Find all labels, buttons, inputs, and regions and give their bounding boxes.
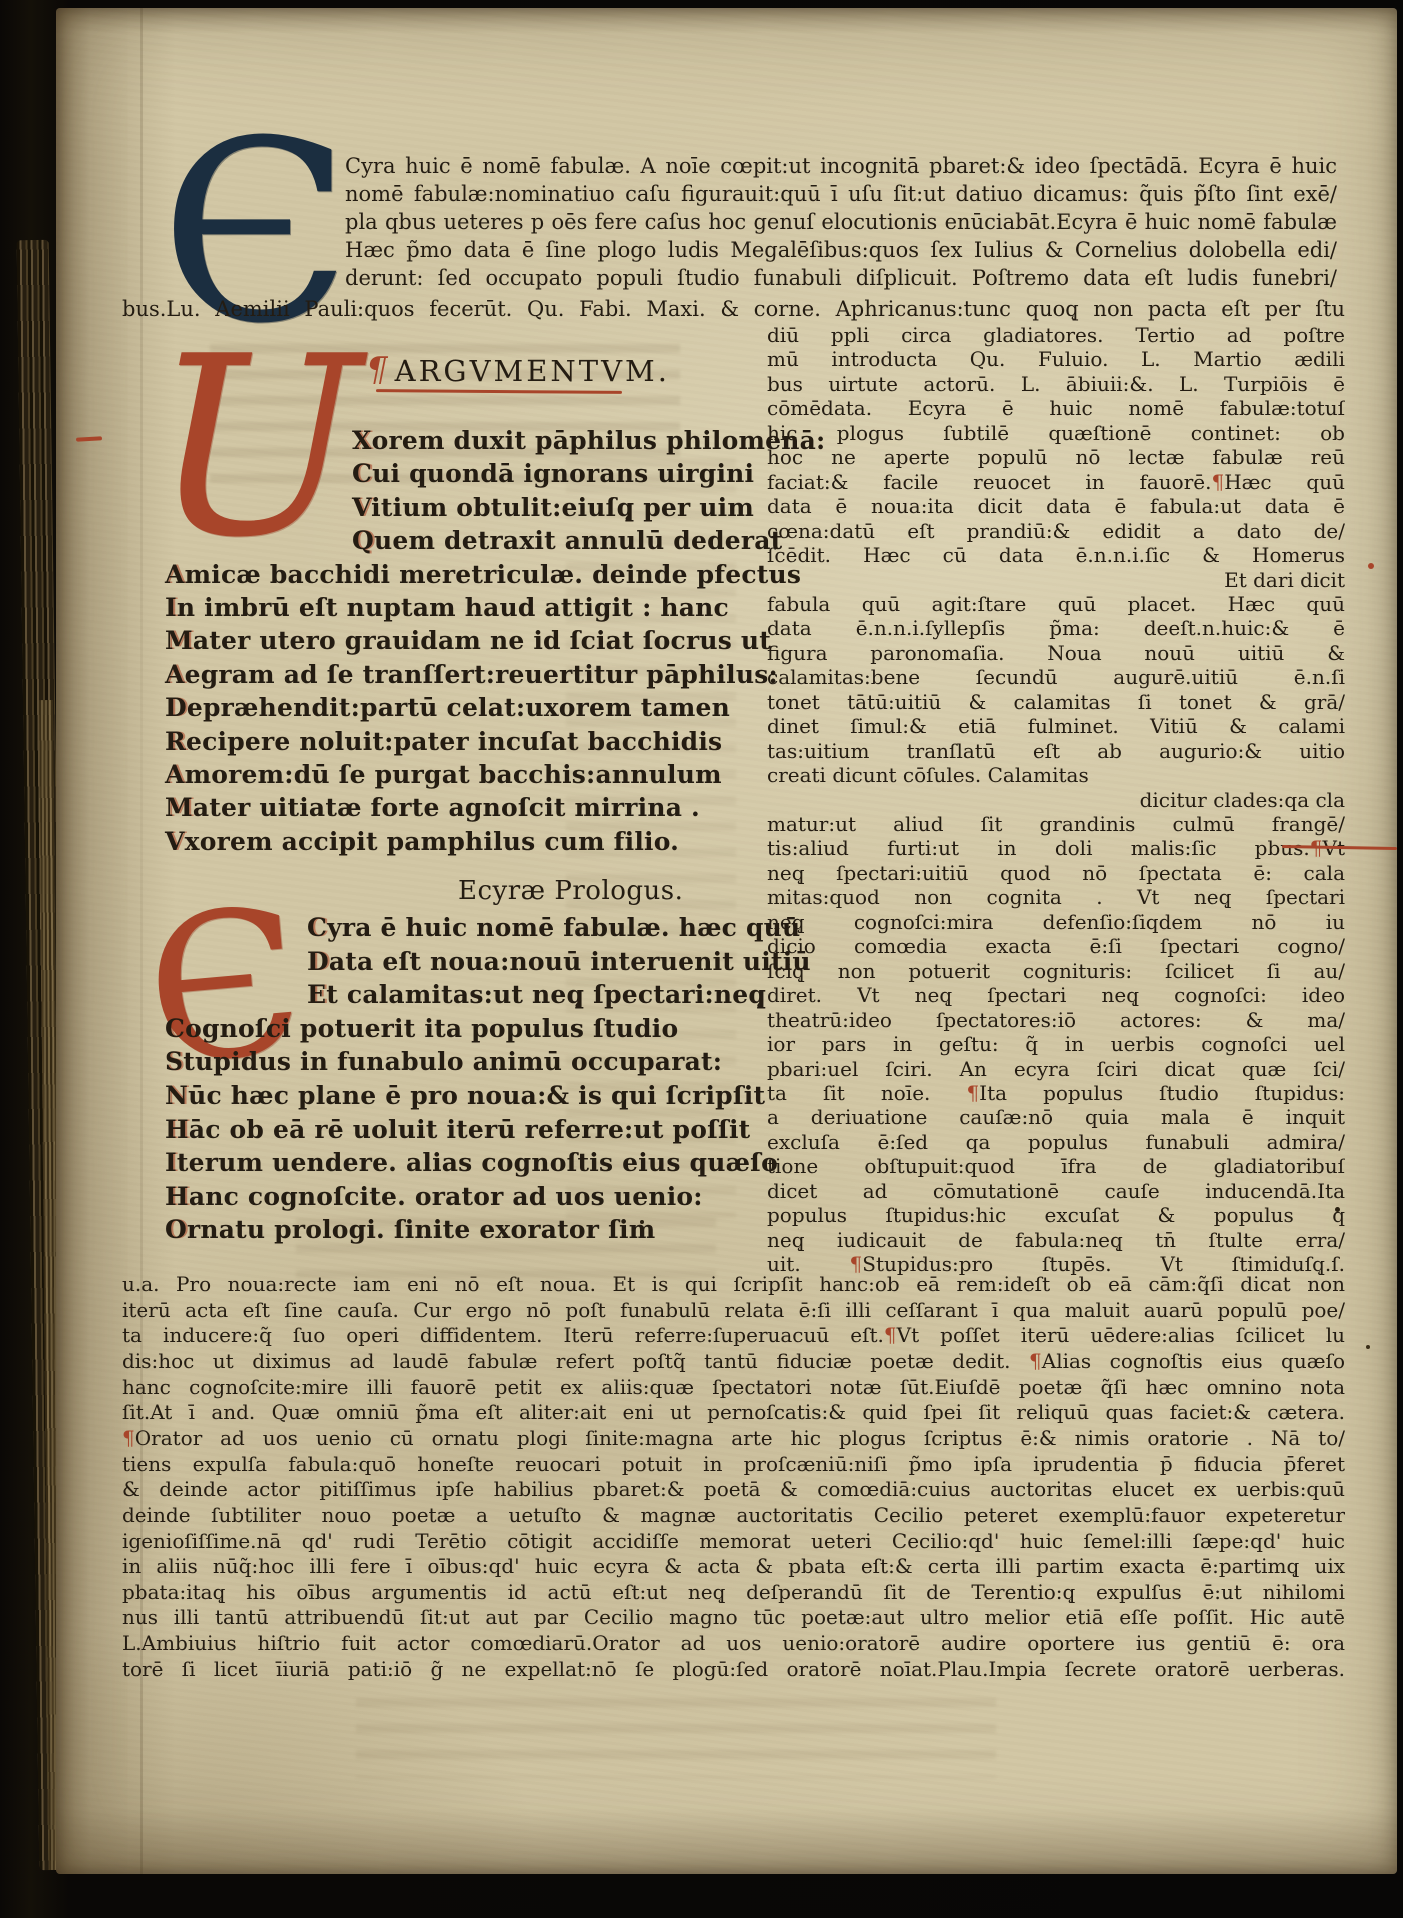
- text-line: iterū acta eſt ſine cauſa. Cur ergo nō p…: [122, 1298, 1345, 1324]
- text-line: Mater utero grauidam ne id ſciat ſocrus …: [165, 624, 695, 657]
- text-line: Stupidus in funabulo animū occuparat:: [165, 1045, 695, 1079]
- text-line: tonet tātū:uitiū & calamitas ſi tonet & …: [767, 690, 1345, 714]
- text-line: tione obſtupuit:quod īfra de gladiatorib…: [767, 1154, 1345, 1178]
- text-line: Hāc ob eā rē uoluit iterū referre:ut poſ…: [165, 1113, 695, 1147]
- text-line: Cyra huic ē nomē fabulæ. A noīe cœpit:ut…: [345, 152, 1337, 180]
- text-line: Iterum uendere. alias cognoſtis eius quæ…: [165, 1146, 695, 1180]
- text-line: Recipere noluit:pater incuſat bacchidis: [165, 725, 695, 758]
- text-line: In imbrū eſt nuptam haud attigit : hanc: [165, 591, 695, 624]
- prologus-heading: Ecyræ Prologus.: [458, 876, 683, 906]
- text-line: cœna:datū eſt prandiū:& edidit a dato de…: [767, 519, 1345, 543]
- text-line: L.Ambiuius hiſtrio fuit actor comœdiarū.…: [122, 1631, 1345, 1657]
- text-line: dicet ad cōmutationē cauſe inducendā.Ita: [767, 1179, 1345, 1203]
- text-line: Data eſt noua:nouū interuenit uitiū: [307, 945, 695, 979]
- text-line: Vitium obtulit:eiuſq̨ per uim: [352, 491, 695, 524]
- text-line: diū ppli circa gladiatores. Tertio ad po…: [767, 323, 1345, 347]
- text-line: Vxorem accipit pamphilus cum filio.: [165, 825, 695, 858]
- text-line: neq̨ cognoſci:mira defenſio:ſiqdem nō iu: [767, 910, 1345, 934]
- red-speck: [1368, 563, 1374, 569]
- text-line: data ē noua:ita dicit data ē fabula:ut d…: [767, 494, 1345, 518]
- text-line: populus ſtupidus:hic excuſat & populus q: [767, 1203, 1345, 1227]
- text-line: in aliis nūq̃:hoc illi fere ī oībus:qd' …: [122, 1554, 1345, 1580]
- text-line: pbata:itaq̨ his oībus argumentis id actū…: [122, 1580, 1345, 1606]
- text-line: Depræhendit:partū celat:uxorem tamen: [165, 691, 695, 724]
- text-line: nomē fabulæ:nominatiuo caſu figurauit:qu…: [345, 180, 1337, 208]
- text-line: igenioſiſſime.nā qd' rudi Terētio cōtigi…: [122, 1529, 1345, 1555]
- text-line: hanc cognoſcite:mire illi fauorē petit e…: [122, 1375, 1345, 1401]
- text-line: neq̨ iudicauit de fabula:neq̨ tn̄ ſtulte…: [767, 1228, 1345, 1252]
- text-line: nus illi tantū attribuendū ſit:ut aut pa…: [122, 1605, 1345, 1631]
- margin-rubric-dash: [76, 436, 102, 441]
- text-line: faciat:& facile reuocet in fauorē.¶Hæc q…: [767, 470, 1345, 494]
- text-line: Cognoſci potuerit ita populus ſtudio: [165, 1012, 695, 1046]
- text-line: theatrū:ideo ſpectatores:iō actores: & m…: [767, 1008, 1345, 1032]
- text-line: ta ſit noīe. ¶Ita populus ſtudio ſtupidu…: [767, 1081, 1345, 1105]
- paragraph-mark-icon: ¶: [366, 350, 391, 390]
- text-line: & deinde actor pitiſſimus ipſe habilius …: [122, 1477, 1345, 1503]
- text-line: tas:uitium tranſlatū eſt ab augurio:& ui…: [767, 739, 1345, 763]
- text-line: Aegram ad ſe tranſſert:reuertitur pāphil…: [165, 658, 695, 691]
- text-line: ¶Orator ad uos uenio cū ornatu plogi ſin…: [122, 1426, 1345, 1452]
- text-line: Amorem:dū ſe purgat bacchis:annulum: [165, 758, 695, 791]
- text-line: deinde ſubtiliter nouo poetæ a uetuſto &…: [122, 1503, 1345, 1529]
- text-line: mitas:quod non cognita . Vt neq̨ ſpectar…: [767, 885, 1345, 909]
- text-line: creati dicunt cōſules. Calamitas: [767, 763, 1345, 787]
- text-line: Xorem duxit pāphilus philomenā:: [352, 424, 695, 457]
- text-line: ſit.At ī and. Quæ omniū p̃ma eſt aliter:…: [122, 1400, 1345, 1426]
- text-line: bus uirtute actorū. L. ābiuii:&. L. Turp…: [767, 372, 1345, 396]
- text-line: dicitur clades:qa cla: [767, 788, 1345, 812]
- text-line: u.a. Pro noua:recte iam eni nō eſt noua.…: [122, 1272, 1345, 1298]
- text-line: torē ſi licet īiuriā pati:iō g̃ ne expel…: [122, 1657, 1345, 1683]
- text-line: Mater uitiatæ forte agnoſcit mirrina .: [165, 791, 695, 824]
- text-line: excluſa ē:ſed qa populus funabuli admira…: [767, 1130, 1345, 1154]
- text-line: neq̨ ſpectari:uitiū quod nō ſpectata ē: …: [767, 861, 1345, 885]
- text-line: calamitas:bene ſecundū augurē.uitiū ē.n.…: [767, 665, 1345, 689]
- text-line: Cui quondā ignorans uirgini: [352, 457, 695, 490]
- text-line: figura paronomaſia. Noua nouū uitiū &: [767, 641, 1345, 665]
- text-line: Ornatu prologi. ſinite exorator ſim: [165, 1213, 695, 1247]
- text-line: Hæc p̃mo data ē ſine plogo ludis Megalēſ…: [345, 236, 1337, 264]
- text-line: ſciq̨ non potuerit cognituris: ſcilicet …: [767, 959, 1345, 983]
- text-line: pbari:uel ſciri. An ecyra ſciri dicat qu…: [767, 1057, 1345, 1081]
- text-line: Cyra ē huic nomē fabulæ. hæc quū: [307, 911, 695, 945]
- ink-speck: [640, 1220, 644, 1224]
- text-line: Amicæ bacchidi meretriculæ. deinde pfect…: [165, 558, 695, 591]
- text-line: a deriuatione cauſæ:nō quia mala ē inqui…: [767, 1105, 1345, 1129]
- text-line: Hanc cognoſcite. orator ad uos uenio:: [165, 1180, 695, 1214]
- text-line: Et dari dicit: [767, 568, 1345, 592]
- text-line: ior pars in geſtu: q̃ in uerbis cognoſci…: [767, 1032, 1345, 1056]
- text-line: ſcēdit. Hæc cū data ē.n.n.i.ſic & Homeru…: [767, 543, 1345, 567]
- text-line: dinet ſimul:& etiā fulminet. Vitiū & cal…: [767, 714, 1345, 738]
- text-line: hoc ne aperte populū nō lectæ fabulæ reū: [767, 445, 1345, 469]
- text-line: ta inducere:q̃ ſuo operi diffidentem. It…: [122, 1323, 1345, 1349]
- book-scan: Є Cyra huic ē nomē fabulæ. A noīe cœpit:…: [0, 0, 1403, 1918]
- ink-speck: [1335, 1207, 1340, 1212]
- ink-showthrough: [356, 1698, 996, 1778]
- text-line: dis:hoc ut diximus ad laudē fabulæ refer…: [122, 1349, 1345, 1375]
- ink-speck: [1366, 1345, 1370, 1349]
- text-line: diret. Vt neq̨ ſpectari neq̨ cognoſci: i…: [767, 983, 1345, 1007]
- text-line: cōmēdata. Ecyra ē huic nomē fabulæ:totuſ: [767, 396, 1345, 420]
- text-line: hic plogus ſubtilē quæſtionē continet: o…: [767, 421, 1345, 445]
- text-line: fabula quū agit:ſtare quū placet. Hæc qu…: [767, 592, 1345, 616]
- book-page: Є Cyra huic ē nomē fabulæ. A noīe cœpit:…: [56, 8, 1397, 1874]
- text-line: matur:ut aliud ſit grandinis culmū frang…: [767, 812, 1345, 836]
- text-line: data ē.n.n.i.ſyllepſis p̃ma: deeſt.n.hui…: [767, 616, 1345, 640]
- text-line: pla qbus ueteres p oēs fere caſus hoc ge…: [345, 208, 1337, 236]
- argumentum-heading: ¶ARGVMENTVM.: [366, 350, 670, 390]
- text-line: tiens expulſa fabula:quō honeſte reuocar…: [122, 1452, 1345, 1478]
- text-line: mū introducta Qu. Fuluio. L. Martio ædil…: [767, 347, 1345, 371]
- text-line: dicio comœdia exacta ē:ſi ſpectari cogno…: [767, 934, 1345, 958]
- text-line: derunt: ſed occupato populi ſtudio funab…: [345, 264, 1337, 292]
- argumentum-title: ARGVMENTVM.: [395, 354, 670, 388]
- text-line: Quem detraxit annulū dederat: [352, 524, 695, 557]
- text-line: Nūc hæc plane ē pro noua:& is qui ſcripſ…: [165, 1079, 695, 1113]
- text-line: Et calamitas:ut neq̨ ſpectari:neq̨: [307, 978, 695, 1012]
- lombard-initial-V-red: U: [152, 324, 361, 572]
- text-line: tis:aliud furti:ut in doli malis:ſic pbu…: [767, 836, 1345, 860]
